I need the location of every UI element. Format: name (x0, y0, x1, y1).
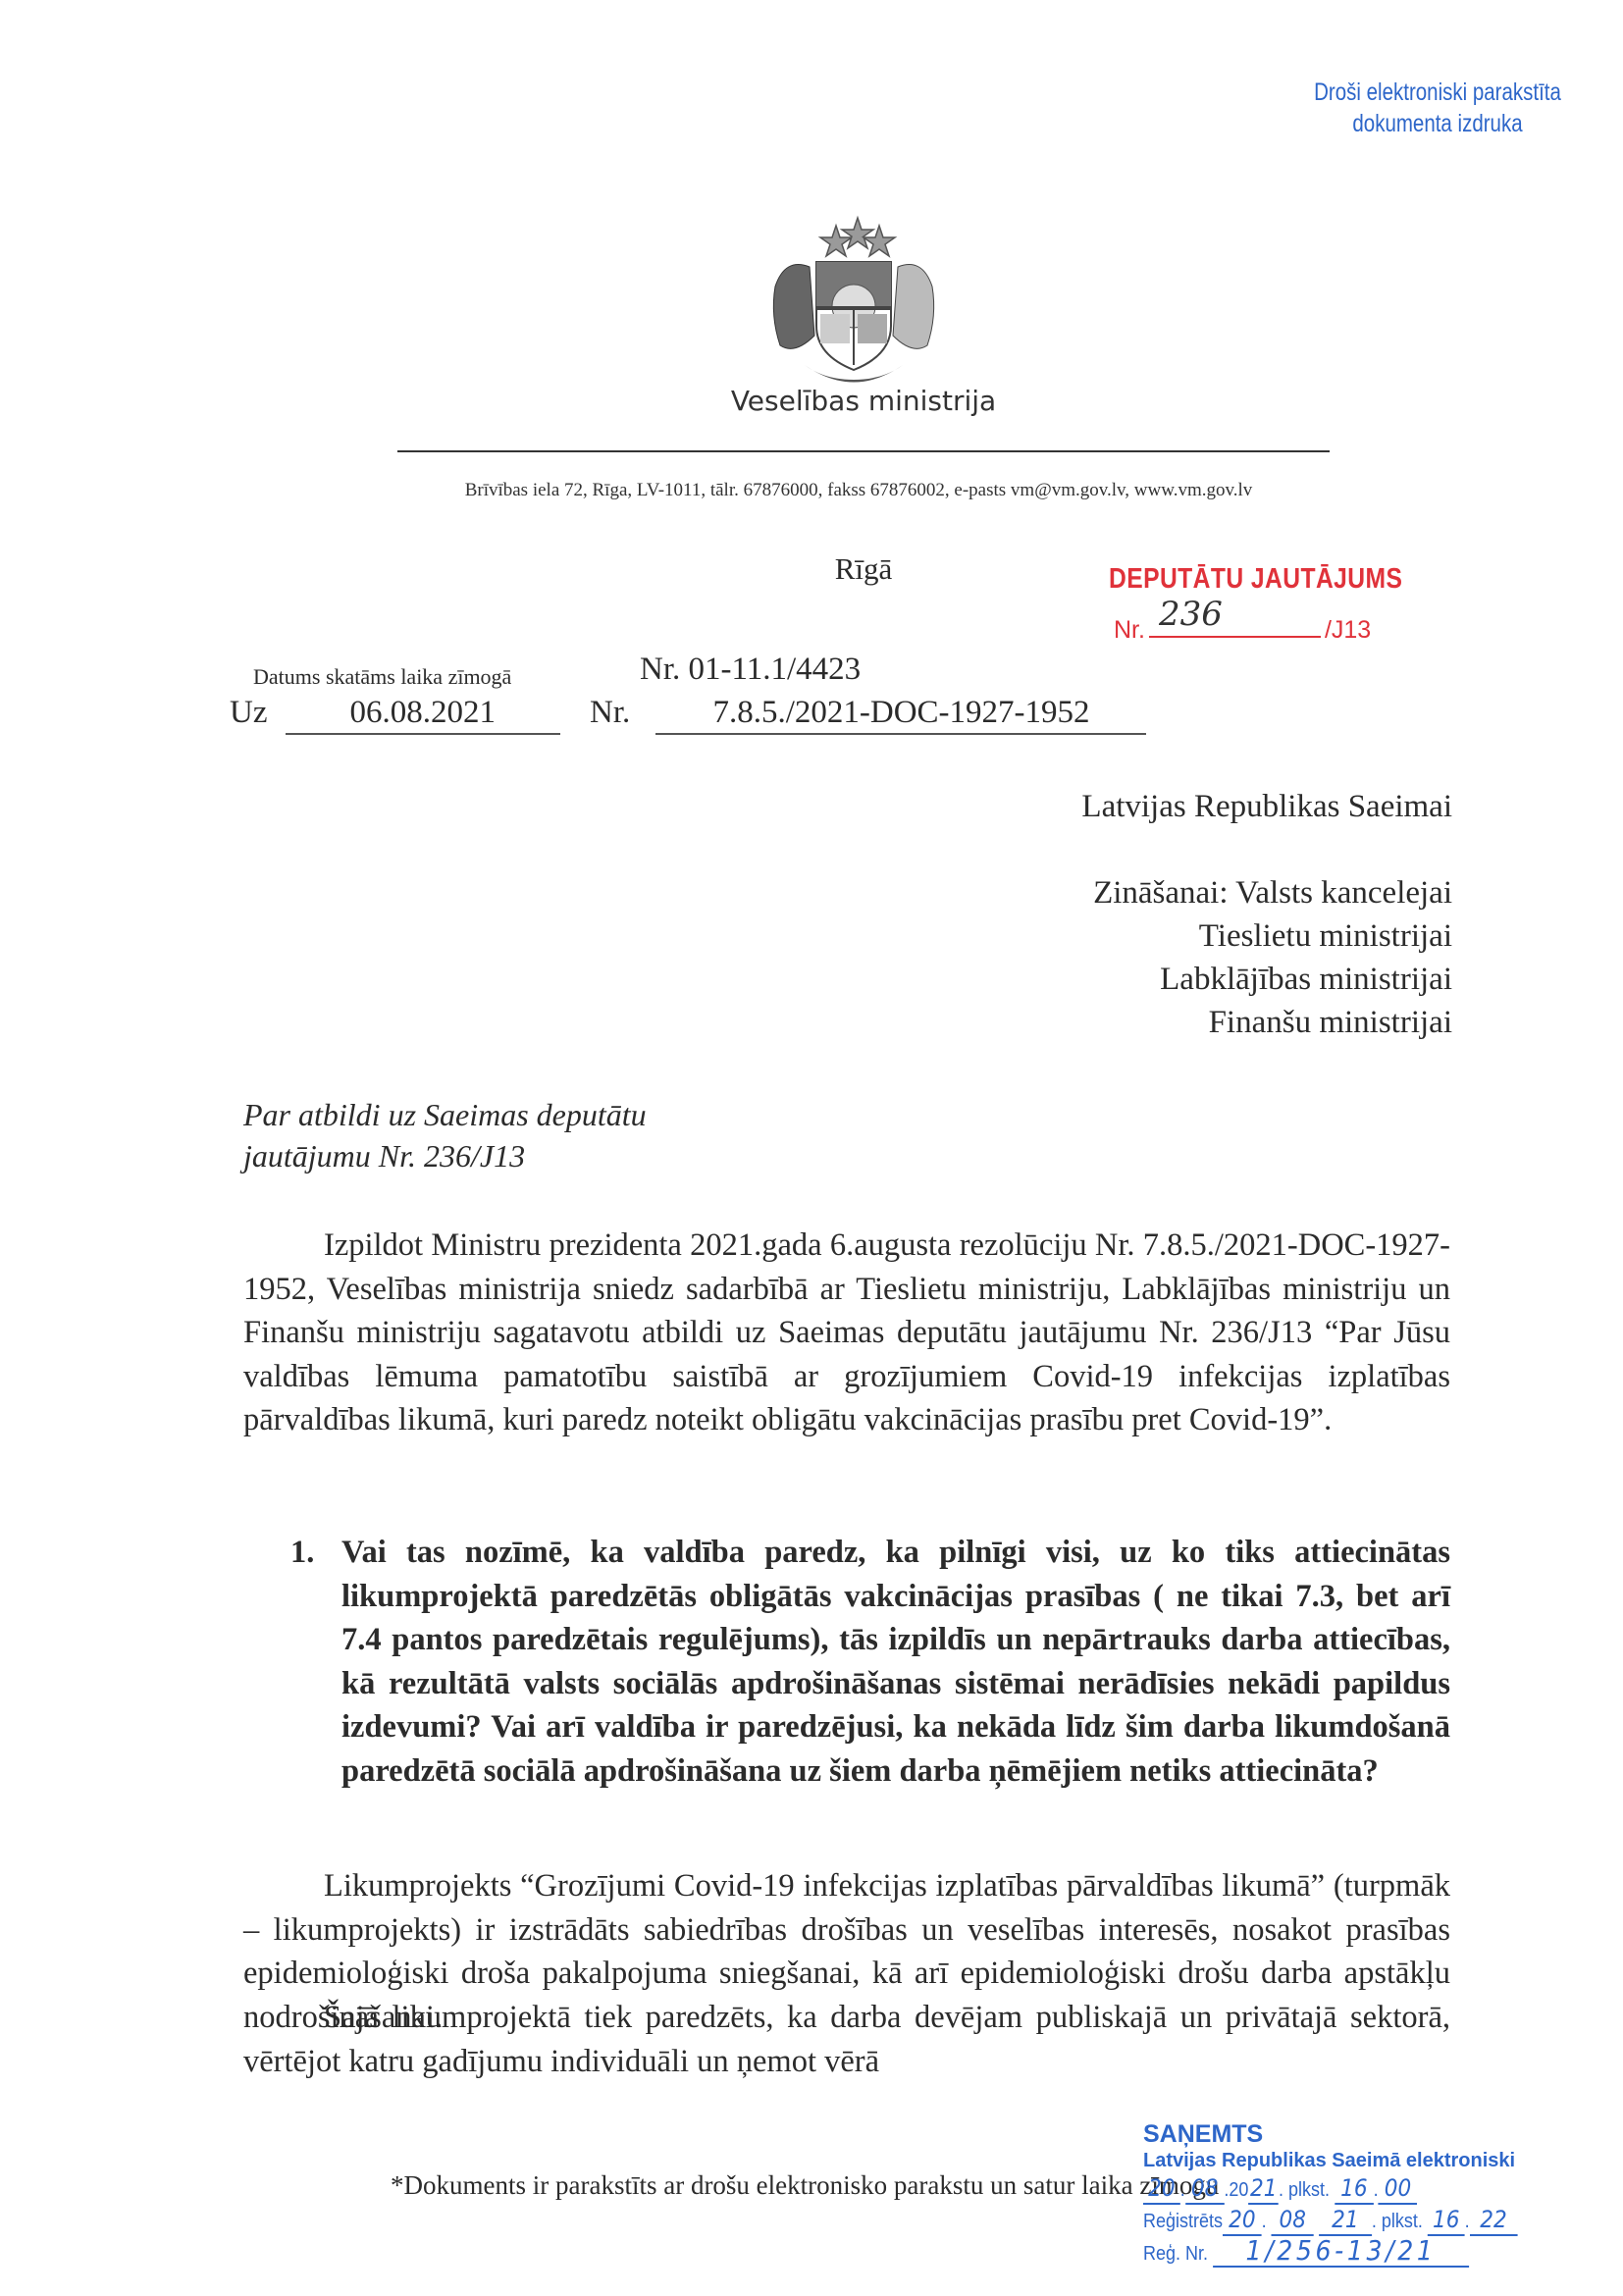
registered-label: Reģistrēts (1143, 2211, 1223, 2232)
registered-minute: 22 (1470, 2205, 1518, 2236)
registered-month: 08 (1272, 2205, 1314, 2236)
deputy-nr-handwritten: 236 (1159, 595, 1223, 634)
signature-footnote: *Dokuments ir parakstīts ar drošu elektr… (391, 2170, 1219, 2201)
received-stamp: SAŅEMTS Latvijas Republikas Saeimā elekt… (1143, 2121, 1585, 2269)
signature-stamp-line1: Droši elektroniski parakstīta (1305, 77, 1571, 108)
place-of-issue: Rīgā (756, 551, 971, 587)
reference-date: 06.08.2021 (286, 695, 560, 735)
cc-recipient: Tieslietu ministrijai (932, 914, 1452, 958)
registration-number-row: Reģ. Nr. 1/256-13/21 (1143, 2236, 1541, 2269)
ministry-address: Brīvības iela 72, Rīga, LV-1011, tālr. 6… (294, 480, 1423, 501)
deputy-nr-suffix: /J13 (1325, 616, 1371, 644)
deputy-question-stamp-title: DEPUTĀTU JAUTĀJUMS (1109, 563, 1402, 596)
reference-number: 7.8.5./2021-DOC-1927-1952 (655, 695, 1146, 735)
reg-nr-value: 1/256-13/21 (1213, 2236, 1469, 2268)
registered-year: 21 (1319, 2205, 1372, 2236)
letter-subject: Par atbildi uz Saeimas deputātu jautājum… (243, 1094, 647, 1176)
question-number: 1. (290, 1531, 314, 1575)
ministry-name: Veselības ministrija (589, 385, 1138, 417)
reference-row: Uz 06.08.2021 Nr. 7.8.5./2021-DOC-1927-1… (230, 695, 1146, 735)
received-stamp-subtitle: Latvijas Republikas Saeimā elektroniski (1143, 2148, 1585, 2173)
outgoing-number: Nr. 01-11.1/4423 (640, 652, 861, 688)
received-time-label: plkst. (1288, 2179, 1330, 2201)
cc-recipient: Labklājības ministrijai (932, 958, 1452, 1001)
header-divider (397, 450, 1330, 452)
received-month: 08 (1185, 2173, 1225, 2205)
deputy-question-stamp-number: Nr.236/J13 (1114, 616, 1408, 645)
cc-recipient: Zināšanai: Valsts kancelejai (932, 871, 1452, 914)
received-year: 21 (1248, 2173, 1279, 2205)
received-hour: 16 (1335, 2173, 1374, 2205)
uz-label: Uz (230, 695, 267, 731)
answer-paragraph-2: Šajā likumprojektā tiek paredzēts, ka da… (243, 1996, 1450, 2083)
subject-line-1: Par atbildi uz Saeimas deputātu (243, 1094, 647, 1135)
cc-recipient: Finanšu ministrijai (932, 1001, 1452, 1044)
received-datetime: 20.08.2021. plkst. 16.00 (1143, 2173, 1541, 2205)
registered-time-label: plkst. (1382, 2211, 1423, 2232)
received-year-prefix: 20 (1229, 2179, 1248, 2201)
registered-hour: 16 (1428, 2205, 1465, 2236)
recipients-block: Latvijas Republikas Saeimai Zināšanai: V… (932, 785, 1452, 1044)
received-day: 20 (1143, 2173, 1180, 2205)
deputy-nr-label: Nr. (1114, 616, 1145, 644)
received-minute: 00 (1379, 2173, 1418, 2205)
received-stamp-title: SAŅEMTS (1143, 2121, 1585, 2148)
latvia-coat-of-arms-icon (756, 208, 952, 404)
question-item: 1. Vai tas nozīmē, ka valdība paredz, ka… (290, 1531, 1450, 1793)
main-recipient: Latvijas Republikas Saeimai (932, 785, 1452, 828)
registered-datetime: Reģistrēts20. 08 21. plkst. 16.22 (1143, 2205, 1541, 2236)
signature-stamp-line2: dokumenta izdruka (1305, 108, 1571, 139)
intro-paragraph: Izpildot Ministru prezidenta 2021.gada 6… (243, 1224, 1450, 1442)
electronic-signature-stamp: Droši elektroniski parakstīta dokumenta … (1305, 77, 1571, 139)
date-note: Datums skatāms laika zīmogā (253, 664, 511, 690)
registered-day: 20 (1223, 2205, 1262, 2236)
reg-nr-label: Reģ. Nr. (1143, 2243, 1208, 2265)
reference-nr-label: Nr. (590, 695, 630, 731)
question-text: Vai tas nozīmē, ka valdība paredz, ka pi… (341, 1531, 1450, 1793)
subject-line-2: jautājumu Nr. 236/J13 (243, 1135, 647, 1176)
